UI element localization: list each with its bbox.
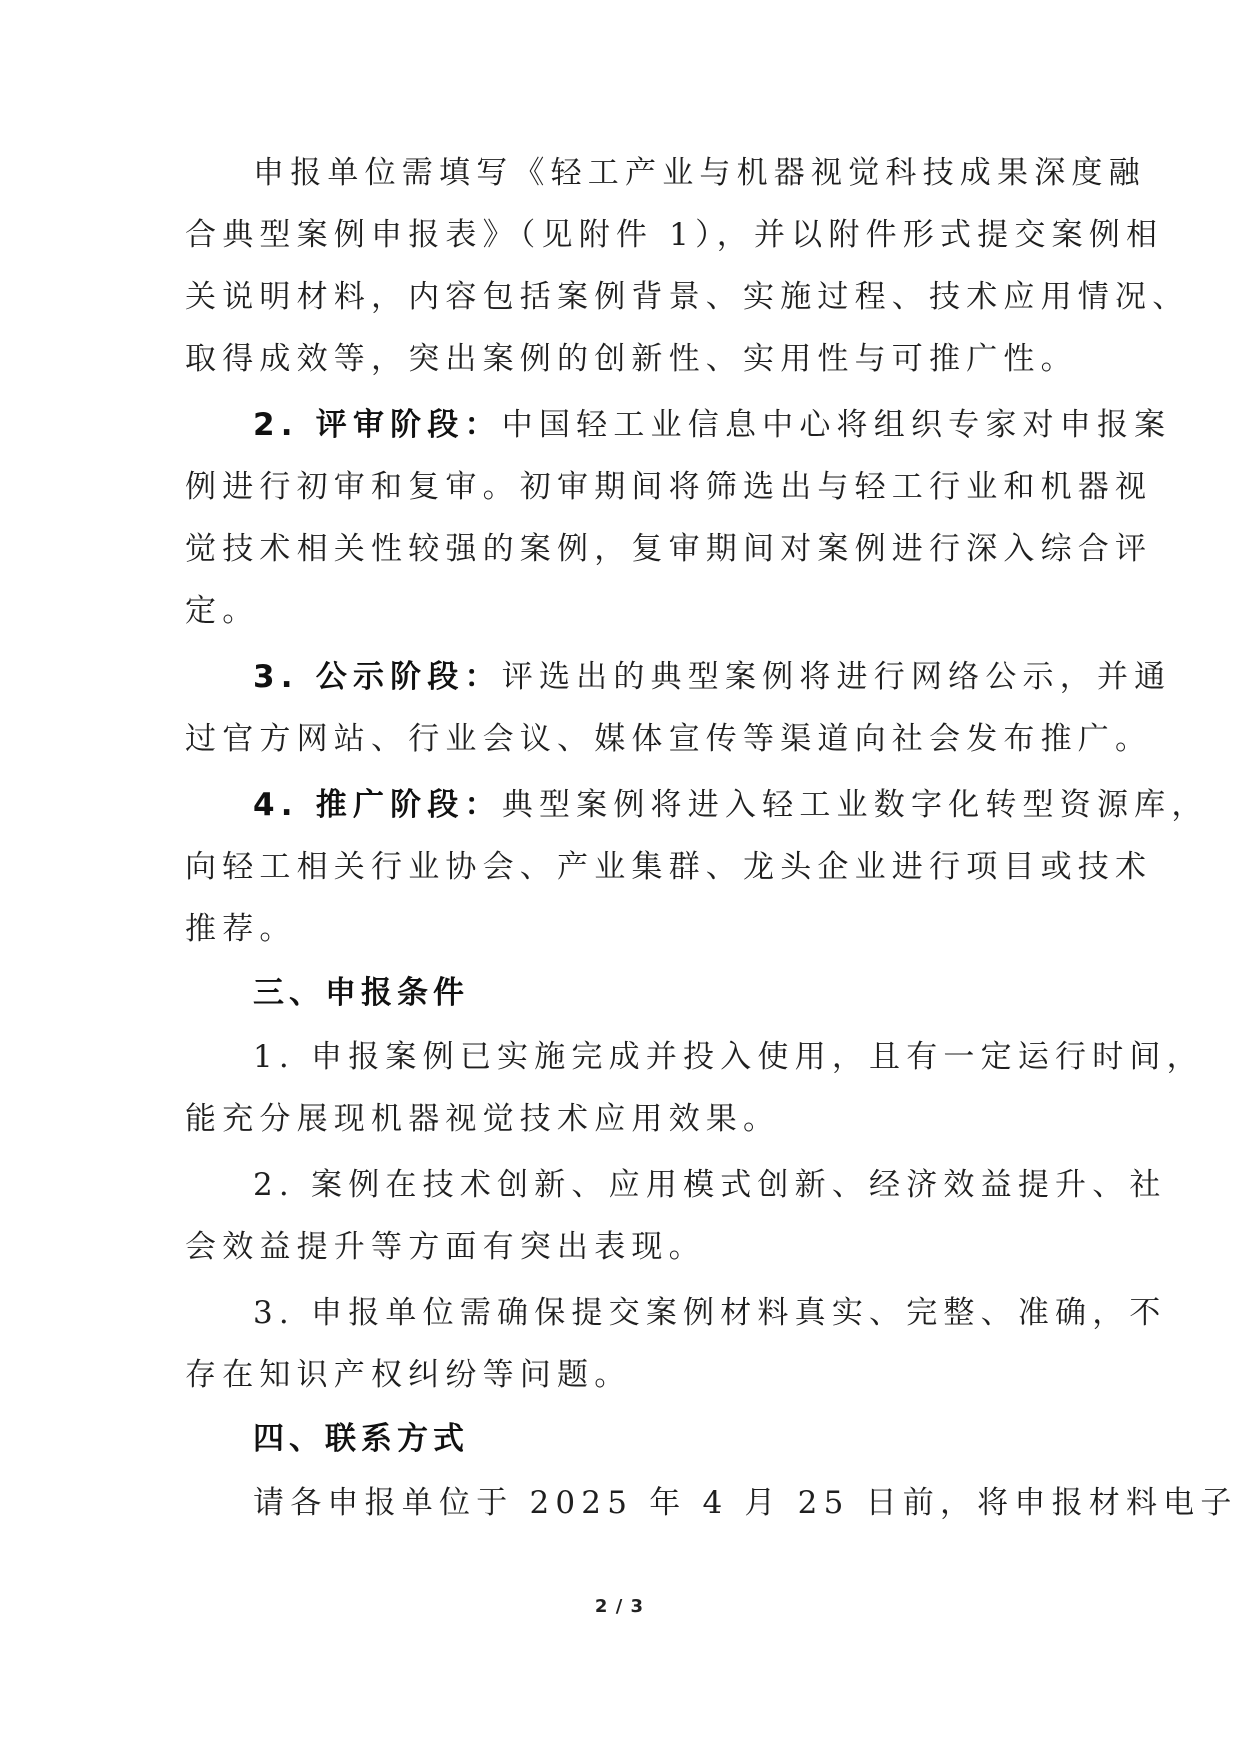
page-number: 2 / 3 bbox=[0, 1596, 1239, 1617]
paragraph-line: 会效益提升等方面有突出表现。 bbox=[185, 1222, 706, 1272]
stage-review-text: 中国轻工业信息中心将组织专家对申报案 bbox=[502, 407, 1172, 443]
paragraph-line: 存在知识产权纠纷等问题。 bbox=[185, 1350, 631, 1400]
paragraph-line: 过官方网站、行业会议、媒体宣传等渠道向社会发布推广。 bbox=[185, 714, 1152, 764]
requirement-item: 2. 案例在技术创新、应用模式创新、经济效益提升、社 bbox=[253, 1160, 1167, 1210]
requirement-item: 3. 申报单位需确保提交案例材料真实、完整、准确，不 bbox=[253, 1288, 1167, 1338]
requirement-item: 1. 申报案例已实施完成并投入使用，且有一定运行时间， bbox=[253, 1032, 1204, 1082]
paragraph-line: 例进行初审和复审。初审期间将筛选出与轻工行业和机器视 bbox=[185, 462, 1152, 512]
contact-paragraph-line: 请各申报单位于 2025 年 4 月 25 日前，将申报材料电子 bbox=[253, 1478, 1238, 1528]
stage-promotion-label: 4. 推广阶段： bbox=[253, 787, 502, 823]
paragraph-line: 申报单位需填写《轻工产业与机器视觉科技成果深度融 bbox=[253, 148, 1146, 198]
stage-promotion: 4. 推广阶段：典型案例将进入轻工业数字化转型资源库， bbox=[253, 780, 1209, 830]
stage-publicity-label: 3. 公示阶段： bbox=[253, 659, 502, 695]
stage-review-label: 2. 评审阶段： bbox=[253, 407, 502, 443]
paragraph-line: 向轻工相关行业协会、产业集群、龙头企业进行项目或技术 bbox=[185, 842, 1152, 892]
paragraph-line: 能充分展现机器视觉技术应用效果。 bbox=[185, 1094, 780, 1144]
stage-publicity: 3. 公示阶段：评选出的典型案例将进行网络公示，并通 bbox=[253, 652, 1171, 702]
paragraph-line: 合典型案例申报表》（见附件 1），并以附件形式提交案例相 bbox=[185, 210, 1163, 260]
paragraph-line: 推荐。 bbox=[185, 904, 297, 954]
paragraph-line: 觉技术相关性较强的案例，复审期间对案例进行深入综合评 bbox=[185, 524, 1152, 574]
stage-review: 2. 评审阶段：中国轻工业信息中心将组织专家对申报案 bbox=[253, 400, 1171, 450]
paragraph-line: 取得成效等，突出案例的创新性、实用性与可推广性。 bbox=[185, 334, 1078, 384]
stage-publicity-text: 评选出的典型案例将进行网络公示，并通 bbox=[502, 659, 1172, 695]
section-heading-contact: 四、联系方式 bbox=[253, 1414, 469, 1464]
paragraph-line: 关说明材料，内容包括案例背景、实施过程、技术应用情况、 bbox=[185, 272, 1189, 322]
section-heading-requirements: 三、申报条件 bbox=[253, 968, 469, 1018]
paragraph-line: 定。 bbox=[185, 586, 259, 636]
document-page: 申报单位需填写《轻工产业与机器视觉科技成果深度融 合典型案例申报表》（见附件 1… bbox=[0, 0, 1239, 1752]
stage-promotion-text: 典型案例将进入轻工业数字化转型资源库， bbox=[502, 787, 1209, 823]
